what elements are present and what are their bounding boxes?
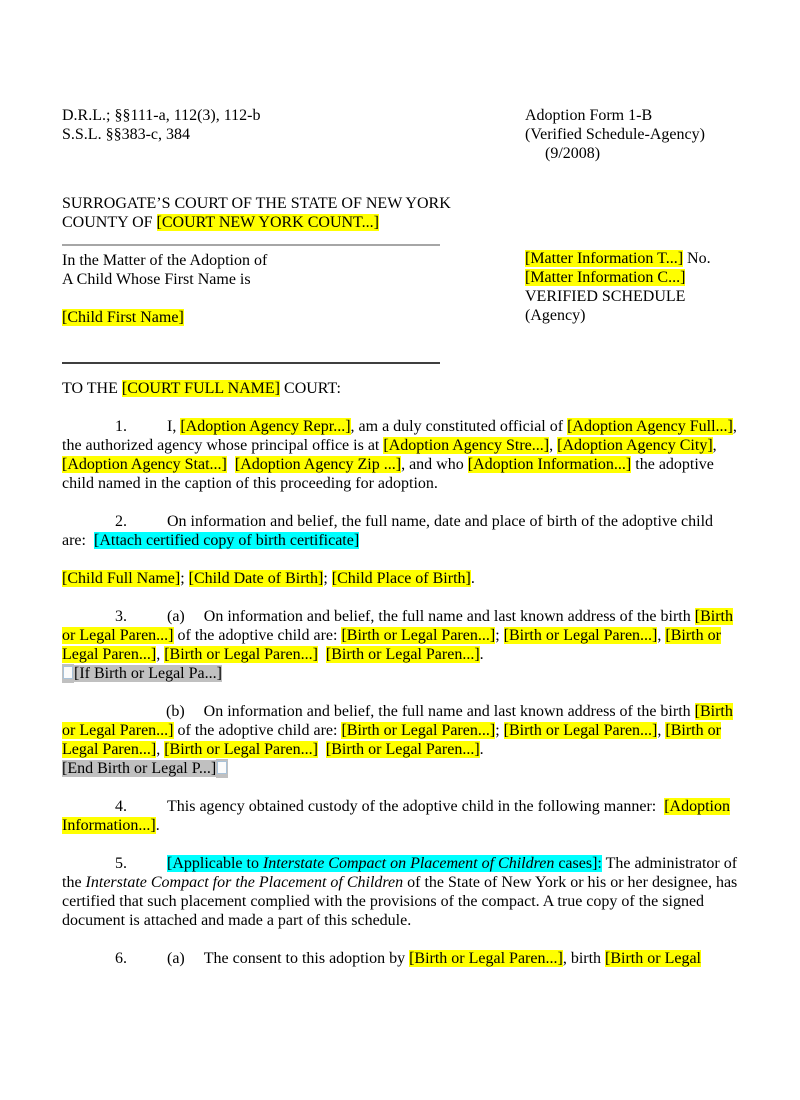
merge-field[interactable]: [Birth or Legal Paren...] bbox=[409, 950, 563, 967]
note-field[interactable]: Interstate Compact on Placement of Child… bbox=[263, 855, 554, 872]
text-run: , and who bbox=[401, 456, 468, 473]
merge-field[interactable]: [Adoption Agency City] bbox=[557, 437, 713, 454]
note-field[interactable]: [Attach certified copy of birth certific… bbox=[94, 532, 359, 549]
text-line: [Matter Information T...] No. bbox=[525, 249, 738, 268]
form-identification: Adoption Form 1-B(Verified Schedule-Agen… bbox=[525, 106, 738, 163]
end-parent-field-line: [End Birth or Legal P...] bbox=[62, 759, 738, 778]
text-line: [Matter Information C...] bbox=[525, 268, 738, 287]
paragraph-1: 1.I, [Adoption Agency Repr...], am a dul… bbox=[62, 417, 738, 493]
merge-field[interactable]: [Birth or Legal Paren...] bbox=[341, 722, 495, 739]
text-run: . bbox=[480, 646, 484, 663]
text-run: On information and belief, the full name… bbox=[204, 703, 695, 720]
merge-field[interactable]: [Adoption Agency Repr...] bbox=[180, 418, 350, 435]
statute-citations: D.R.L.; §§111-a, 112(3), 112-bS.S.L. §§3… bbox=[62, 106, 525, 163]
text-run: . bbox=[480, 741, 484, 758]
merge-field[interactable]: [Birth or Legal Paren...] bbox=[164, 646, 318, 663]
merge-field[interactable]: [Birth or Legal Paren...] bbox=[326, 741, 480, 758]
text-run: This agency obtained custody of the adop… bbox=[167, 798, 664, 815]
text-run bbox=[227, 456, 235, 473]
text-run: COURT: bbox=[280, 380, 341, 397]
county-line: COUNTY OF [COURT NEW YORK COUNT...] bbox=[62, 213, 738, 232]
text-run: A Child Whose First Name is bbox=[62, 271, 251, 288]
merge-field[interactable]: [Child Full Name] bbox=[62, 570, 180, 587]
form-field[interactable]: [If Birth or Legal Pa...] bbox=[74, 665, 222, 682]
text-line: (9/2008) bbox=[525, 144, 738, 163]
text-run: 5. bbox=[115, 855, 127, 872]
text-line bbox=[62, 289, 440, 308]
court-name-line: SURROGATE’S COURT OF THE STATE OF NEW YO… bbox=[62, 194, 738, 213]
merge-field[interactable]: [Birth or Legal Paren...] bbox=[504, 627, 658, 644]
text-run: 6. bbox=[115, 950, 127, 967]
child-info-line: [Child Full Name]; [Child Date of Birth]… bbox=[62, 569, 738, 588]
text-run: No. bbox=[683, 250, 711, 267]
merge-field[interactable]: [Matter Information T...] bbox=[525, 250, 683, 267]
text-run: of the adoptive child are: bbox=[174, 722, 342, 739]
text-run: 2. bbox=[115, 513, 127, 530]
field-box-icon[interactable] bbox=[216, 759, 228, 778]
field-box-icon[interactable] bbox=[62, 664, 74, 683]
text-run: (a) bbox=[167, 608, 185, 625]
text-run: , bbox=[713, 437, 717, 454]
text-run: VERIFIED SCHEDULE bbox=[525, 288, 685, 305]
text-run: , am a duly constituted official of bbox=[351, 418, 568, 435]
text-line: D.R.L.; §§111-a, 112(3), 112-b bbox=[62, 106, 525, 125]
text-run: 1. bbox=[115, 418, 127, 435]
caption-title-column: [Matter Information T...] No.[Matter Inf… bbox=[525, 244, 738, 364]
text-run: (a) bbox=[167, 950, 185, 967]
text-line: (Verified Schedule-Agency) bbox=[525, 125, 738, 144]
document-body: TO THE [COURT FULL NAME] COURT:1.I, [Ado… bbox=[62, 379, 738, 968]
merge-field[interactable]: [Adoption Agency Stre...] bbox=[383, 437, 549, 454]
text-run: (Agency) bbox=[525, 307, 585, 324]
text-run: TO THE bbox=[62, 380, 122, 397]
merge-field[interactable]: [Adoption Information...] bbox=[468, 456, 632, 473]
merge-field[interactable]: [Matter Information C...] bbox=[525, 269, 685, 286]
paragraph-2: 2.On information and belief, the full na… bbox=[62, 512, 738, 550]
text-run: COUNTY OF bbox=[62, 214, 157, 231]
merge-field[interactable]: [Birth or Legal Paren...] bbox=[341, 627, 495, 644]
merge-field[interactable]: [Birth or Legal Paren...] bbox=[164, 741, 318, 758]
text-line: Adoption Form 1-B bbox=[525, 106, 738, 125]
paragraph-5: 5.[Applicable to Interstate Compact on P… bbox=[62, 854, 738, 930]
form-field[interactable]: [End Birth or Legal P...] bbox=[62, 760, 216, 777]
text-run: , bbox=[549, 437, 557, 454]
text-line: In the Matter of the Adoption of bbox=[62, 251, 440, 270]
text-run: ; bbox=[495, 722, 503, 739]
text-run: ; bbox=[495, 627, 503, 644]
merge-field[interactable]: [COURT FULL NAME] bbox=[122, 380, 280, 397]
italic-text-run: Interstate Compact for the Placement of … bbox=[86, 874, 404, 891]
text-line: VERIFIED SCHEDULE bbox=[525, 287, 738, 306]
text-run: In the Matter of the Adoption of bbox=[62, 252, 267, 269]
text-run: I, bbox=[167, 418, 180, 435]
paragraph-3a: 3.(a)On information and belief, the full… bbox=[62, 607, 738, 664]
merge-field[interactable]: [Child First Name] bbox=[62, 309, 184, 326]
merge-field[interactable]: [Birth or Legal bbox=[605, 950, 701, 967]
text-line: A Child Whose First Name is bbox=[62, 270, 440, 289]
text-run: 4. bbox=[115, 798, 127, 815]
merge-field[interactable]: [Child Place of Birth] bbox=[332, 570, 471, 587]
merge-field[interactable]: [Birth or Legal Paren...] bbox=[504, 722, 658, 739]
document-header: D.R.L.; §§111-a, 112(3), 112-bS.S.L. §§3… bbox=[62, 106, 738, 163]
text-line: [Child First Name] bbox=[62, 308, 440, 327]
merge-field[interactable]: [Adoption Agency Stat...] bbox=[62, 456, 227, 473]
caption-matter-column: In the Matter of the Adoption ofA Child … bbox=[62, 244, 440, 364]
text-run: On information and belief, the full name… bbox=[204, 608, 695, 625]
text-line: S.S.L. §§383-c, 384 bbox=[62, 125, 525, 144]
merge-field[interactable]: [COURT NEW YORK COUNT...] bbox=[157, 214, 379, 231]
text-run: , bbox=[156, 646, 164, 663]
text-run: . bbox=[471, 570, 475, 587]
text-run: ; bbox=[180, 570, 188, 587]
text-run: , birth bbox=[563, 950, 605, 967]
text-run: , bbox=[156, 741, 164, 758]
text-run: ; bbox=[323, 570, 331, 587]
merge-field[interactable]: [Child Date of Birth] bbox=[189, 570, 324, 587]
if-parent-field-line: [If Birth or Legal Pa...] bbox=[62, 664, 738, 683]
merge-field[interactable]: [Birth or Legal Paren...] bbox=[326, 646, 480, 663]
text-run: (b) bbox=[166, 703, 185, 720]
merge-field[interactable]: [Adoption Agency Zip ...] bbox=[235, 456, 401, 473]
note-field[interactable]: [Applicable to bbox=[167, 855, 263, 872]
note-field[interactable]: cases]: bbox=[554, 855, 602, 872]
text-run bbox=[318, 646, 326, 663]
text-run: The consent to this adoption by bbox=[204, 950, 409, 967]
text-run bbox=[318, 741, 326, 758]
salutation: TO THE [COURT FULL NAME] COURT: bbox=[62, 379, 738, 398]
text-run: of the adoptive child are: bbox=[174, 627, 342, 644]
paragraph-3b: (b)On information and belief, the full n… bbox=[62, 702, 738, 759]
paragraph-4: 4.This agency obtained custody of the ad… bbox=[62, 797, 738, 835]
paragraph-6: 6.(a)The consent to this adoption by [Bi… bbox=[62, 949, 738, 968]
text-run: . bbox=[156, 817, 160, 834]
document-page: D.R.L.; §§111-a, 112(3), 112-bS.S.L. §§3… bbox=[0, 0, 800, 968]
court-heading: SURROGATE’S COURT OF THE STATE OF NEW YO… bbox=[62, 194, 738, 232]
merge-field[interactable]: [Adoption Agency Full...] bbox=[567, 418, 733, 435]
text-run: 3. bbox=[115, 608, 127, 625]
case-caption: In the Matter of the Adoption ofA Child … bbox=[62, 244, 738, 364]
text-line: (Agency) bbox=[525, 306, 738, 325]
